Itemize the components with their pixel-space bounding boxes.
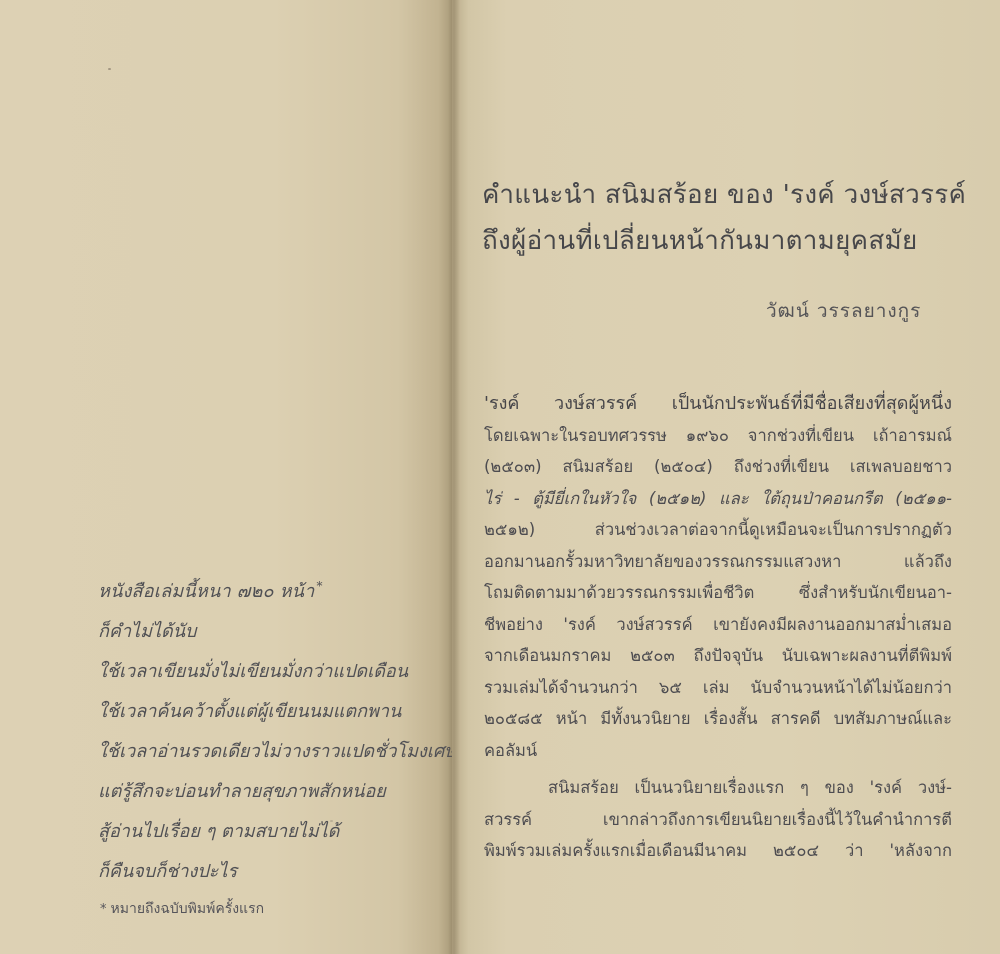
- body-line: 'รงค์ วงษ์สวรรค์ เป็นนักประพันธ์ที่มีชื่…: [484, 388, 952, 420]
- poem-line: สู้อ่านไปเรื่อย ๆ ตามสบายไม่ได้: [98, 812, 456, 852]
- left-page: หนังสือเล่มนี้หนา ๗๒๐ หน้า* ก็คำไม่ได้นั…: [0, 0, 452, 954]
- poem-line: ใช้เวลาเขียนมั่งไม่เขียนมั่งกว่าแปดเดือน: [98, 652, 456, 692]
- body-line: ๒๐๕๘๕ หน้า มีทั้งนวนิยาย เรื่องสั้น สารค…: [484, 703, 952, 735]
- body-line: รวมเล่มได้จำนวนกว่า ๖๕ เล่ม นับจำนวนหน้า…: [484, 672, 952, 704]
- body-line: ออกมานอกรั้วมหาวิทยาลัยของวรรณกรรมแสวงหา…: [484, 546, 952, 578]
- body-line: โดยเฉพาะในรอบทศวรรษ ๑๙๖๐ จากช่วงที่เขียน…: [484, 420, 952, 452]
- body-line: โถมติดตามมาด้วยวรรณกรรมเพื่อชีวิต ซึ่งสำ…: [484, 577, 952, 609]
- poem-line: ใช้เวลาอ่านรวดเดียวไม่วางราวแปดชั่วโมงเศ…: [98, 732, 456, 772]
- body-line: จากเดือนมกราคม ๒๕๐๓ ถึงปัจจุบัน นับเฉพาะ…: [484, 640, 952, 672]
- poem-line: ก็คำไม่ได้นับ: [98, 612, 456, 652]
- body-line: สวรรค์ เขากล่าวถึงการเขียนนิยายเรื่องนี้…: [484, 804, 952, 836]
- author-name: วัฒน์ วรรลยางกูร: [766, 296, 921, 326]
- body-line: (๒๕๐๓) สนิมสร้อย (๒๕๐๔) ถึงช่วงที่เขียน …: [484, 451, 952, 483]
- poem-line: ก็คืนจบก็ช่างปะไร: [98, 852, 456, 892]
- footnote-marker: *: [317, 579, 323, 593]
- asterisk-marker: *: [100, 902, 107, 917]
- book-spread: หนังสือเล่มนี้หนา ๗๒๐ หน้า* ก็คำไม่ได้นั…: [0, 0, 1000, 954]
- chapter-title: คำแนะนำ สนิมสร้อย ของ 'รงค์ วงษ์สวรรค์ ถ…: [482, 172, 966, 264]
- body-line: ๒๕๑๒) ส่วนช่วงเวลาต่อจากนี้ดูเหมือนจะเป็…: [484, 514, 952, 546]
- title-line: คำแนะนำ สนิมสร้อย ของ 'รงค์ วงษ์สวรรค์: [482, 172, 966, 218]
- title-line: ถึงผู้อ่านที่เปลี่ยนหน้ากันมาตามยุคสมัย: [482, 218, 966, 264]
- body-line: คอลัมน์: [484, 735, 952, 767]
- body-line: ชีพอย่าง 'รงค์ วงษ์สวรรค์ เขายังคงมีผลงา…: [484, 609, 952, 641]
- footnote: *หมายถึงฉบับพิมพ์ครั้งแรก: [100, 898, 264, 920]
- paper-speck: [108, 68, 111, 70]
- footnote-text: หมายถึงฉบับพิมพ์ครั้งแรก: [111, 901, 265, 917]
- poem-line: ใช้เวลาค้นคว้าตั้งแต่ผู้เขียนนมแตกพาน: [98, 692, 456, 732]
- poem-line: หนังสือเล่มนี้หนา ๗๒๐ หน้า*: [98, 566, 456, 612]
- paper-speck: [330, 820, 333, 822]
- body-line: พิมพ์รวมเล่มครั้งแรกเมื่อเดือนมีนาคม ๒๕๐…: [484, 835, 952, 867]
- body-paragraphs: 'รงค์ วงษ์สวรรค์ เป็นนักประพันธ์ที่มีชื่…: [484, 388, 952, 867]
- epigraph-poem: หนังสือเล่มนี้หนา ๗๒๐ หน้า* ก็คำไม่ได้นั…: [98, 566, 456, 892]
- body-line: ไร่ - ตู้มียี่เกในหัวใจ (๒๕๑๒) และ ใต้ถุ…: [484, 483, 952, 515]
- poem-line: แต่รู้สึกจะบ่อนทำลายสุขภาพสักหน่อย: [98, 772, 456, 812]
- body-line: สนิมสร้อย เป็นนวนิยายเรื่องแรก ๆ ของ 'รง…: [484, 772, 952, 804]
